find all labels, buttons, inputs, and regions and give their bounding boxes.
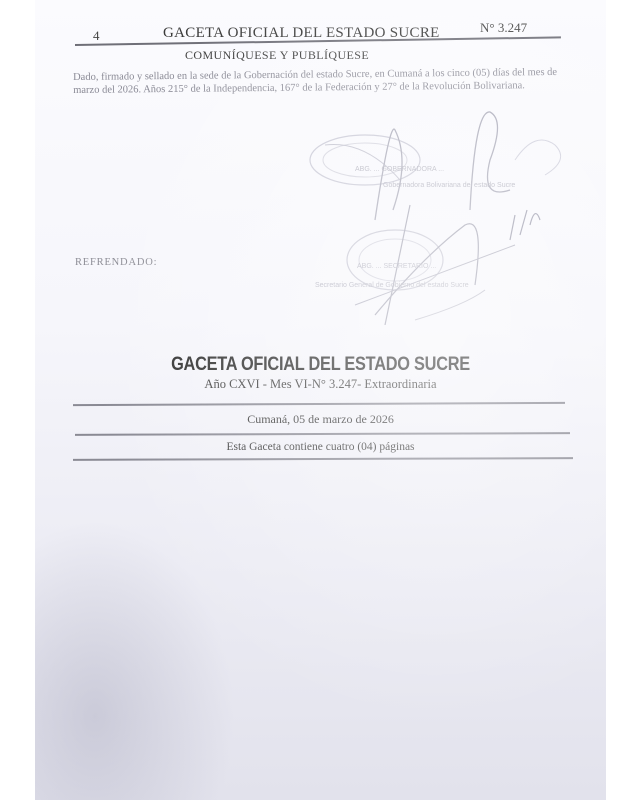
secretary-stamp-role: Secretario General de Gobierno del estad… (315, 282, 469, 289)
secretary-signature: ABG. ... SECRETARIO ... Secretario Gener… (315, 195, 575, 325)
issue-number: N° 3.247 (480, 20, 527, 36)
masthead-rule-2 (75, 432, 570, 435)
closing-paragraph: Dado, firmado y sellado en la sede de la… (73, 66, 563, 97)
refrendado-label: REFRENDADO: (75, 257, 157, 268)
document-page: 4 GACETA OFICIAL DEL ESTADO SUCRE N° 3.2… (35, 0, 606, 800)
masthead-rule-1 (73, 402, 565, 406)
governor-stamp-name: ABG. ... GOBERNADORA ... (355, 166, 444, 173)
governor-stamp-role: Gobernadora Bolivariana del estado Sucre (383, 182, 515, 189)
header-subtitle: COMUNÍQUESE Y PUBLÍQUESE (185, 48, 369, 63)
secretary-stamp-graphic (315, 195, 575, 325)
page-number: 4 (93, 28, 100, 44)
masthead-subtitle: Año CXVI - Mes VI-N° 3.247- Extraordinar… (35, 377, 606, 392)
masthead-rule-3 (73, 457, 573, 460)
secretary-stamp-name: ABG. ... SECRETARIO ... (357, 263, 436, 270)
masthead-date: Cumaná, 05 de marzo de 2026 (35, 412, 606, 427)
masthead-pages-note: Esta Gaceta contiene cuatro (04) páginas (35, 441, 606, 453)
masthead-title: GACETA OFICIAL DEL ESTADO SUCRE (75, 354, 566, 376)
